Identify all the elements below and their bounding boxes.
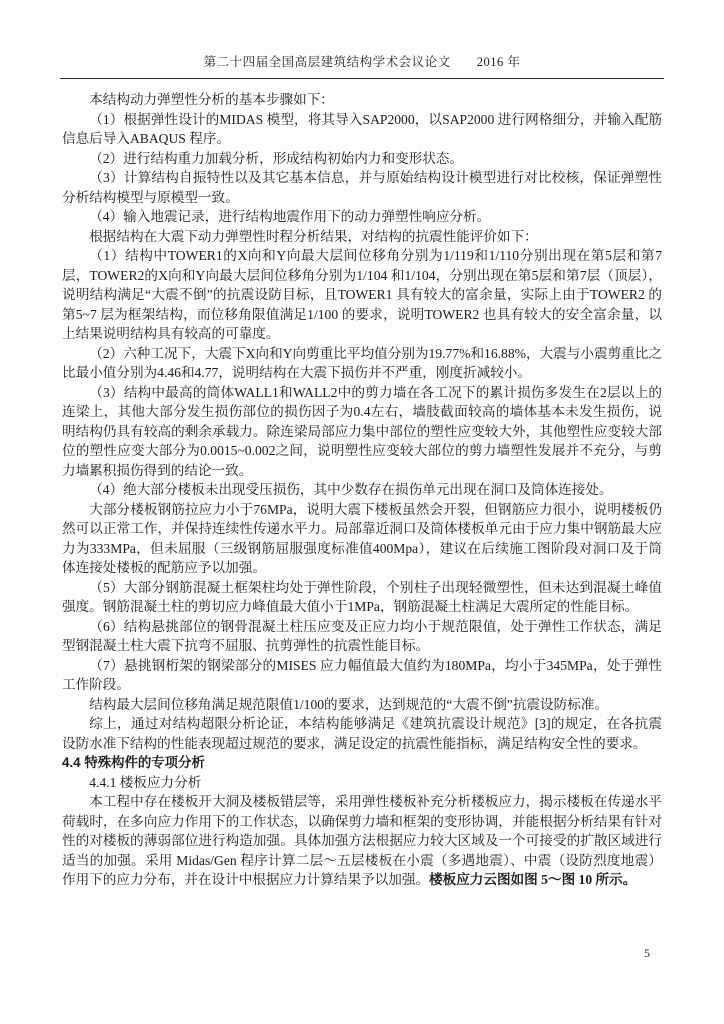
evaluation-2-paragraph: （2）六种工况下，大震下X向和Y向剪重比平均值分别为19.77%和16.88%，… [62,344,662,383]
subsection-heading: 4.4.1 楼板应力分析 [62,773,662,793]
evaluation-intro-paragraph: 根据结构在大震下动力弹塑性时程分析结果，对结构的抗震性能评价如下： [62,227,662,247]
closing-paragraph: 本工程中存在楼板开大洞及楼板错层等，采用弹性楼板补充分析楼板应力，揭示楼板在传递… [62,792,662,890]
document-body: 本结构动力弹塑性分析的基本步骤如下： （1）根据弹性设计的MIDAS 模型，将其… [62,90,662,890]
evaluation-3-paragraph: （3）结构中最高的筒体WALL1和WALL2中的剪力墙在各工况下的累计损伤多发生… [62,383,662,481]
evaluation-5-paragraph: （5）大部分钢筋混凝土框架柱均处于弹性阶段，个别柱子出现轻微塑性，但未达到混凝土… [62,578,662,617]
step-2-paragraph: （2）进行结构重力加载分析，形成结构初始内力和变形状态。 [62,149,662,169]
intro-paragraph: 本结构动力弹塑性分析的基本步骤如下： [62,90,662,110]
evaluation-4-paragraph: （4）绝大部分楼板未出现受压损伤，其中少数存在损伤单元出现在洞口及筒体连接处。 [62,480,662,500]
step-1-paragraph: （1）根据弹性设计的MIDAS 模型，将其导入SAP2000，以SAP2000 … [62,110,662,149]
figure-reference: 楼板应力云图如图 5～图 10 所示。 [429,872,636,887]
header-divider [60,78,664,79]
step-4-paragraph: （4）输入地震记录，进行结构地震作用下的动力弹塑性响应分析。 [62,207,662,227]
section-heading: 4.4 特殊构件的专项分析 [62,753,662,773]
evaluation-1-paragraph: （1）结构中TOWER1的X向和Y向最大层间位移角分别为1/119和1/110分… [62,246,662,344]
drift-conclusion-paragraph: 结构最大层间位移角满足规范限值1/100的要求，达到规范的“大震不倒”抗震设防标… [62,695,662,715]
evaluation-6-paragraph: （6）结构悬挑部位的钢骨混凝土柱压应变及正应力均小于规范限值，处于弹性工作状态，… [62,617,662,656]
page-number: 5 [644,946,650,961]
step-3-paragraph: （3）计算结构自振特性以及其它基本信息，并与原始结构设计模型进行对比校核，保证弹… [62,168,662,207]
page-header: 第二十四届全国高层建筑结构学术会议论文2016 年 [60,52,664,70]
paper-page: 第二十四届全国高层建筑结构学术会议论文2016 年 本结构动力弹塑性分析的基本步… [0,0,724,1024]
header-conference-title: 第二十四届全国高层建筑结构学术会议论文 [204,55,451,69]
header-year: 2016 年 [477,52,521,70]
slab-stress-paragraph: 大部分楼板钢筋拉应力小于76MPa，说明大震下楼板虽然会开裂，但钢筋应力很小，说… [62,500,662,578]
summary-paragraph: 综上，通过对结构超限分析论证，本结构能够满足《建筑抗震设计规范》[3]的规定，在… [62,714,662,753]
evaluation-7-paragraph: （7）悬挑钢桁架的钢梁部分的MISES 应力幅值最大值约为180MPa，均小于3… [62,656,662,695]
